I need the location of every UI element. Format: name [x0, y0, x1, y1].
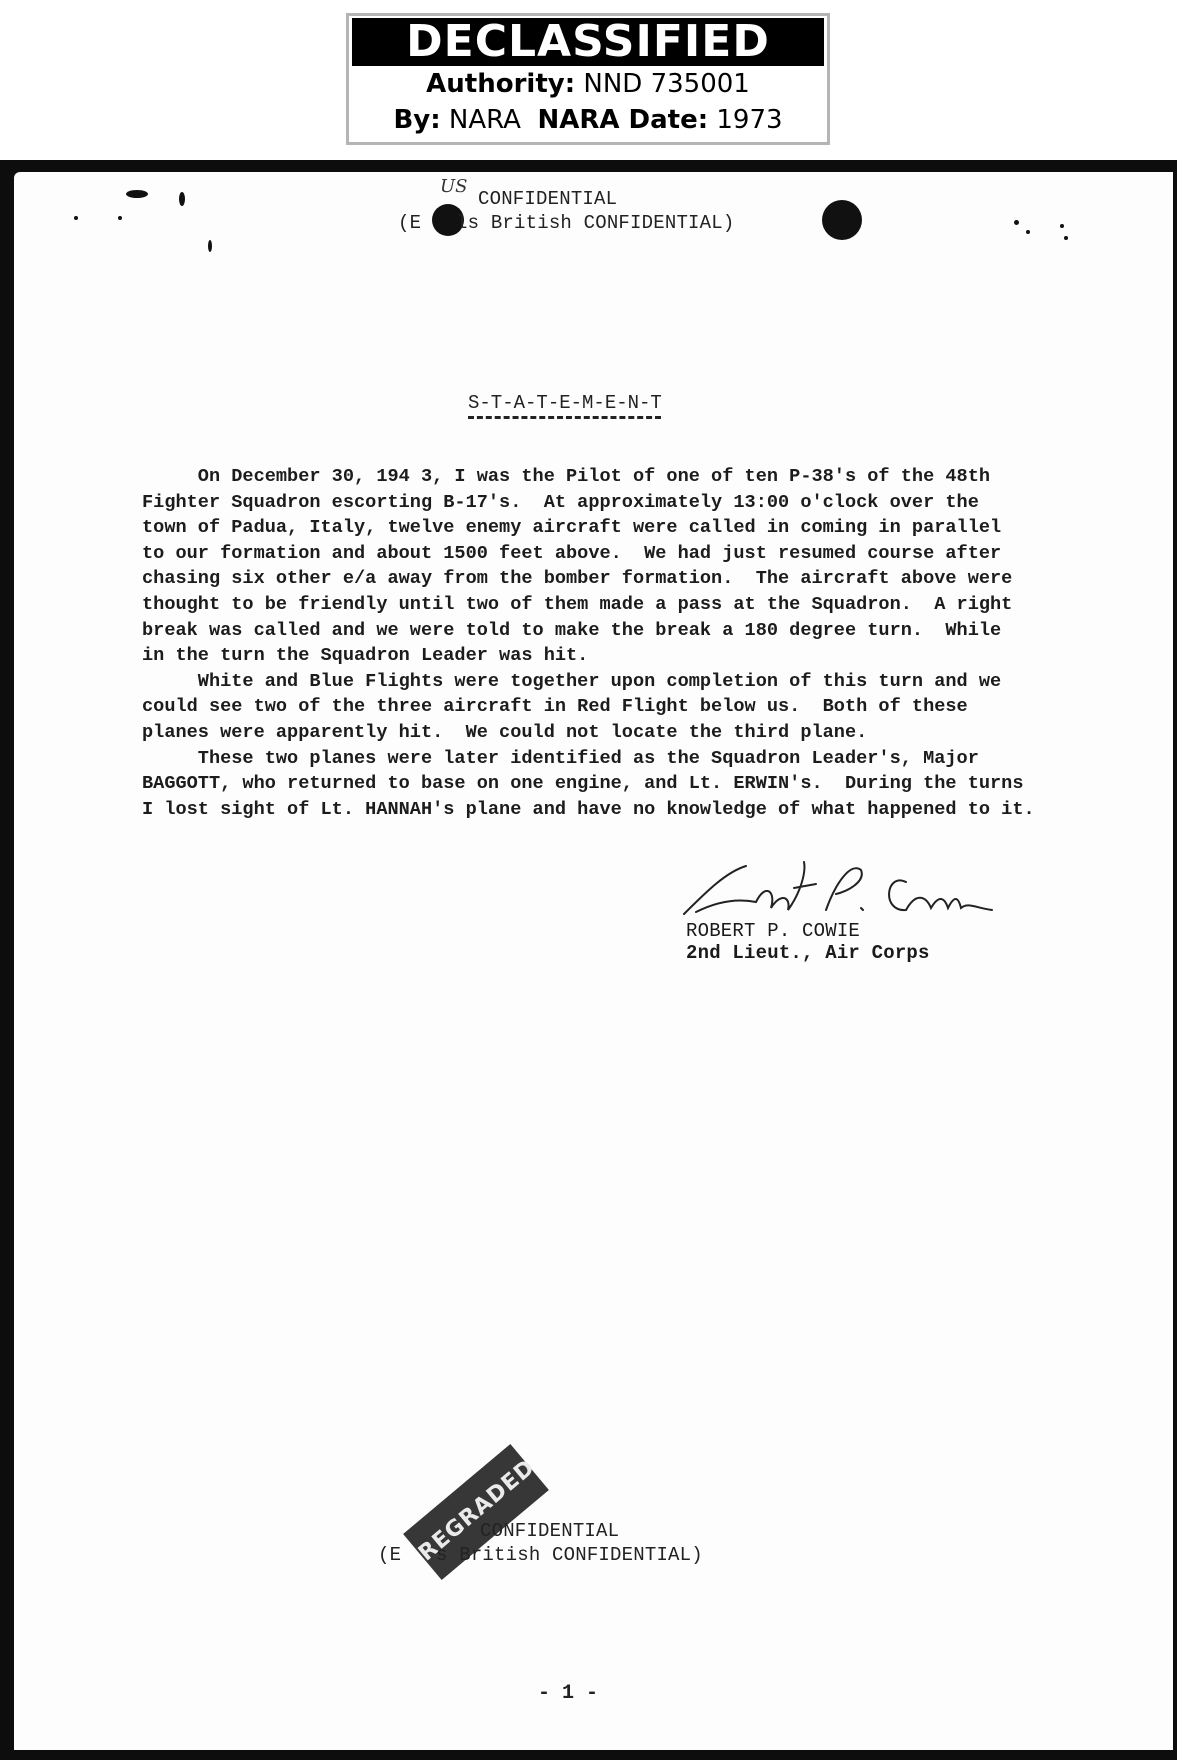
- body-line: Fighter Squadron escorting B-17's. At ap…: [142, 490, 1102, 516]
- punch-hole: [822, 200, 862, 240]
- paper-sheet: US CONFIDENTIAL (E ls British CONFIDENTI…: [14, 172, 1173, 1750]
- by-value: NARA: [449, 105, 521, 135]
- body-line: could see two of the three aircraft in R…: [142, 694, 1102, 720]
- date-label: NARA Date:: [537, 105, 708, 135]
- body-line: town of Padua, Italy, twelve enemy aircr…: [142, 515, 1102, 541]
- scan-speck: [74, 216, 78, 220]
- scan-speck: [126, 190, 148, 198]
- authority-label: Authority:: [426, 69, 575, 99]
- body-line: in the turn the Squadron Leader was hit.: [142, 643, 1102, 669]
- classification-top-sub: (E ls British CONFIDENTIAL): [398, 212, 734, 234]
- scan-speck: [179, 192, 185, 206]
- stamp-heading: DECLASSIFIED: [352, 18, 824, 66]
- scan-speck: [208, 240, 212, 252]
- page-number: - 1 -: [538, 1682, 598, 1705]
- body-line: chasing six other e/a away from the bomb…: [142, 566, 1102, 592]
- body-line: I lost sight of Lt. HANNAH's plane and h…: [142, 797, 1102, 823]
- body-line: to our formation and about 1500 feet abo…: [142, 541, 1102, 567]
- body-line: thought to be friendly until two of them…: [142, 592, 1102, 618]
- body-line: BAGGOTT, who returned to base on one eng…: [142, 771, 1102, 797]
- signer-name: ROBERT P. COWIE: [686, 920, 930, 942]
- scan-speck: [1060, 224, 1064, 228]
- document-title: S-T-A-T-E-M-E-N-T: [468, 392, 662, 414]
- body-line: On December 30, 194 3, I was the Pilot o…: [142, 464, 1102, 490]
- scan-speck: [1014, 220, 1019, 225]
- authority-value: NND 735001: [583, 69, 749, 99]
- classification-bottom: CONFIDENTIAL: [480, 1520, 619, 1542]
- scan-speck: [1026, 230, 1030, 234]
- by-label: By:: [393, 105, 440, 135]
- body-line: These two planes were later identified a…: [142, 746, 1102, 772]
- signer-rank: 2nd Lieut., Air Corps: [686, 942, 930, 964]
- classification-top: CONFIDENTIAL: [478, 188, 617, 210]
- body-line: break was called and we were told to mak…: [142, 618, 1102, 644]
- declassified-stamp: DECLASSIFIED Authority: NND 735001 By: N…: [346, 13, 830, 145]
- body-line: White and Blue Flights were together upo…: [142, 669, 1102, 695]
- date-value: 1973: [716, 105, 782, 135]
- classification-bottom-sub: (E s British CONFIDENTIAL): [378, 1544, 703, 1566]
- stamp-by-date: By: NARA NARA Date: 1973: [349, 102, 827, 138]
- scanned-page: US CONFIDENTIAL (E ls British CONFIDENTI…: [0, 160, 1177, 1760]
- signature-block: ROBERT P. COWIE 2nd Lieut., Air Corps: [686, 920, 930, 964]
- stamp-authority: Authority: NND 735001: [349, 66, 827, 102]
- scan-speck: [118, 216, 122, 220]
- statement-body: On December 30, 194 3, I was the Pilot o…: [142, 464, 1102, 822]
- body-line: planes were apparently hit. We could not…: [142, 720, 1102, 746]
- scan-speck: [1064, 236, 1068, 240]
- handwritten-us: US: [440, 176, 468, 197]
